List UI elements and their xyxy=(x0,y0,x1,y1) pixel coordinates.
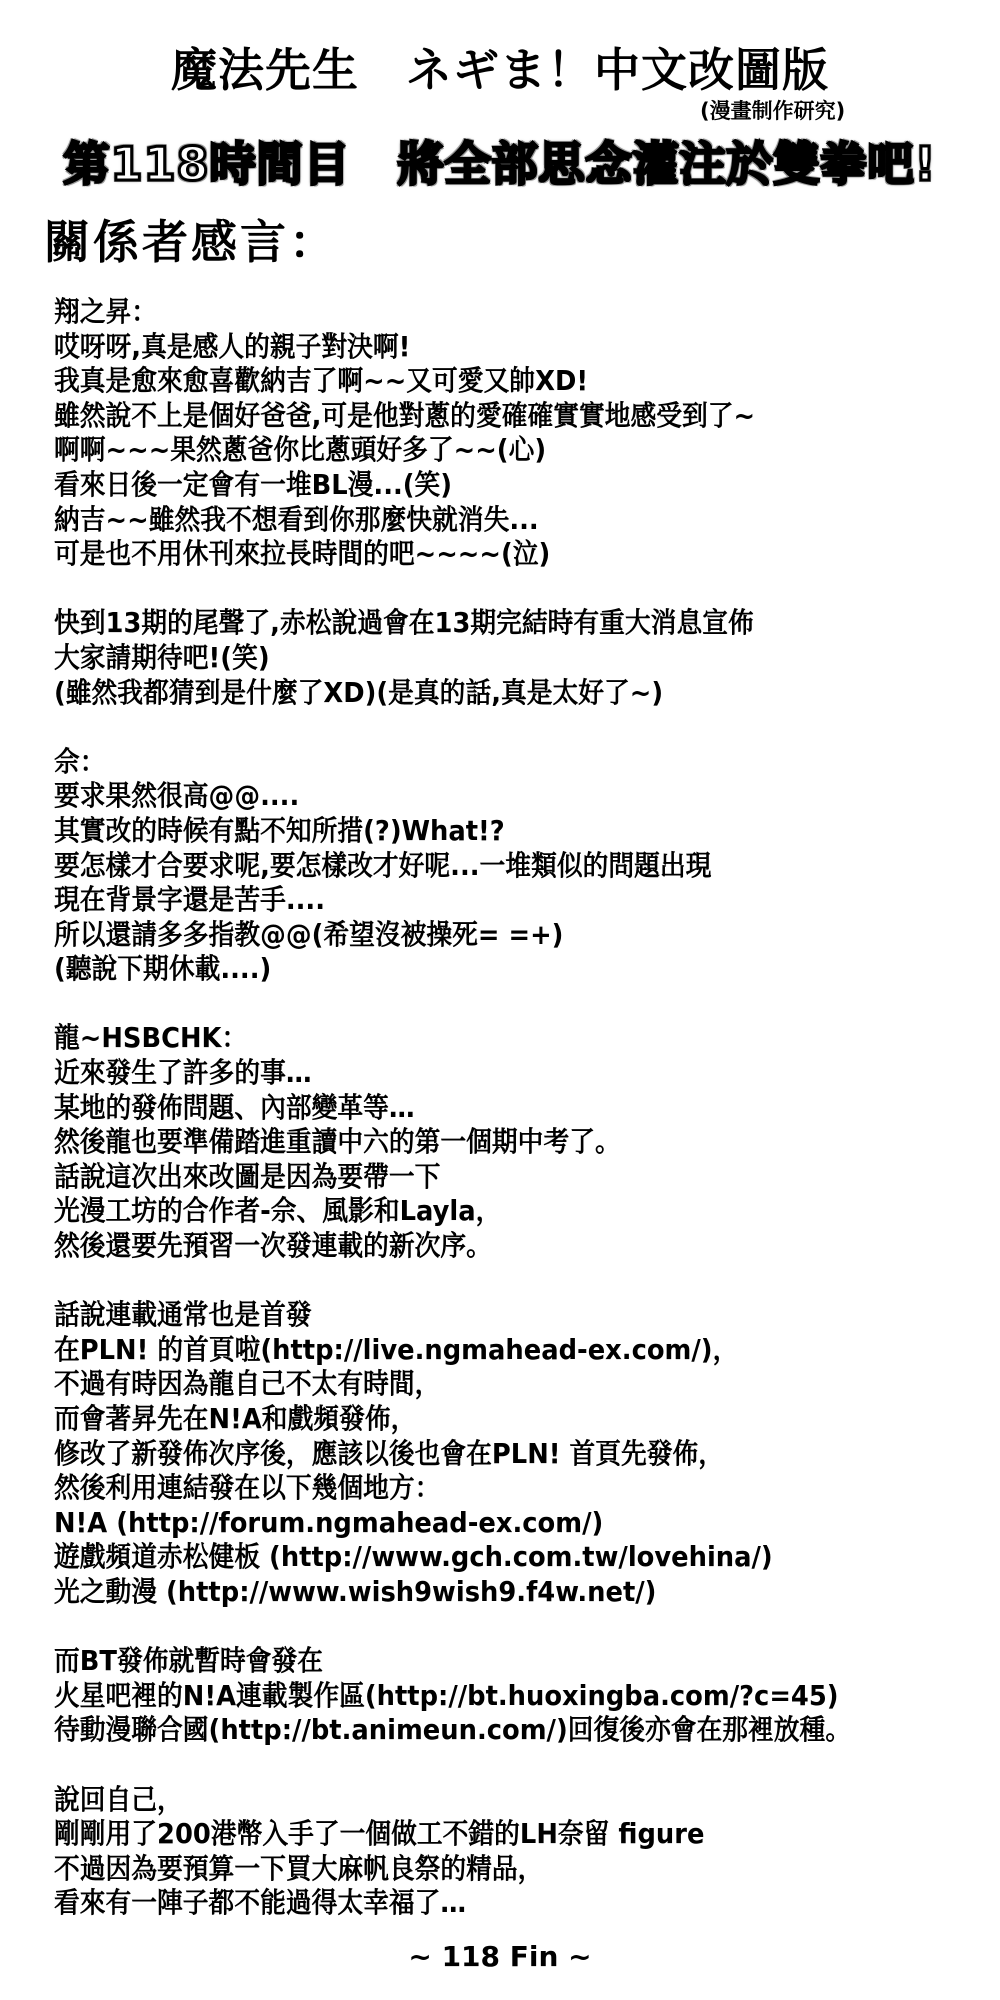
comment-line: (雖然我都猜到是什麼了XD)(是真的話,真是太好了~) xyxy=(54,676,937,711)
comment-line: 而會著昇先在N!A和戲頻發佈， xyxy=(54,1402,937,1437)
spacer xyxy=(54,572,937,607)
page-title: 魔法先生 ネギま！中文改圖版 xyxy=(0,42,1000,98)
comment-line: 遊戲頻道赤松健板 (http://www.gch.com.tw/lovehina… xyxy=(54,1540,937,1575)
comment-line: 雖然說不上是個好爸爸,可是他對蔥的愛確確實實地感受到了~ xyxy=(54,399,937,434)
comment-line: 啊啊~~~果然蔥爸你比蔥頭好多了~~(心) xyxy=(54,433,937,468)
comment-line: 看來有一陣子都不能過得太幸福了… xyxy=(54,1886,937,1921)
comment-line: 現在背景字還是苦手.... xyxy=(54,883,937,918)
comment-line: 不過有時因為龍自己不太有時間， xyxy=(54,1367,937,1402)
comment-line: 所以還請多多指教@@(希望沒被操死= =+) xyxy=(54,918,937,953)
comment-line: 剛剛用了200港幣入手了一個做工不錯的LH奈留 figure xyxy=(54,1817,937,1852)
page-subtitle: (漫畫制作研究) xyxy=(700,98,845,124)
section-heading: 關係者感言： xyxy=(44,214,338,270)
comment-line: 然後龍也要準備踏進重讀中六的第一個期中考了。 xyxy=(54,1125,937,1160)
comment-line: 某地的發佈問題、內部變革等… xyxy=(54,1091,937,1126)
comment-line: 要怎樣才合要求呢,要怎樣改才好呢...一堆類似的問題出現 xyxy=(54,849,937,884)
comment-line: 其實改的時候有點不知所措(?)What!? xyxy=(54,814,937,849)
author-name: 佘： xyxy=(54,745,937,780)
spacer xyxy=(54,1610,937,1645)
comment-line: 哎呀呀,真是感人的親子對決啊! xyxy=(54,330,937,365)
comment-line: 近來發生了許多的事… xyxy=(54,1056,937,1091)
spacer xyxy=(54,1748,937,1783)
comment-line: 快到13期的尾聲了,赤松說過會在13期完結時有重大消息宣佈 xyxy=(54,606,937,641)
comment-line: 待動漫聯合國(http://bt.animeun.com/)回復後亦會在那裡放種… xyxy=(54,1713,937,1748)
spacer xyxy=(54,987,937,1022)
comment-line: 而BT發佈就暫時會發在 xyxy=(54,1644,937,1679)
author-name: 龍~HSBCHK： xyxy=(54,1021,937,1056)
fin-marker: ~ 118 Fin ~ xyxy=(0,1940,1000,1974)
comment-line: 說回自己， xyxy=(54,1783,937,1818)
spacer xyxy=(54,1264,937,1299)
spacer xyxy=(54,710,937,745)
comment-line: 光之動漫 (http://www.wish9wish9.f4w.net/) xyxy=(54,1575,937,1610)
comment-line: N!A (http://forum.ngmahead-ex.com/) xyxy=(54,1506,937,1541)
comment-line: 話說這次出來改圖是因為要帶一下 xyxy=(54,1160,937,1195)
comment-line: 不過因為要預算一下買大麻帆良祭的精品， xyxy=(54,1852,937,1887)
comment-line: 話說連載通常也是首發 xyxy=(54,1298,937,1333)
comment-line: 修改了新發佈次序後，應該以後也會在PLN! 首頁先發佈， xyxy=(54,1437,937,1472)
comments-body: 翔之昇： 哎呀呀,真是感人的親子對決啊! 我真是愈來愈喜歡納吉了啊~~又可愛又帥… xyxy=(54,295,937,1921)
comment-line: 然後還要先預習一次發連載的新次序。 xyxy=(54,1229,937,1264)
comment-line: 光漫工坊的合作者-佘、風影和Layla， xyxy=(54,1194,937,1229)
comment-line: 可是也不用休刊來拉長時間的吧~~~~(泣) xyxy=(54,537,937,572)
author-name: 翔之昇： xyxy=(54,295,937,330)
comment-line: 大家請期待吧!(笑) xyxy=(54,641,937,676)
comment-line: 火星吧裡的N!A連載製作區(http://bt.huoxingba.com/?c… xyxy=(54,1679,937,1714)
comment-line: 納吉~~雖然我不想看到你那麼快就消失... xyxy=(54,503,937,538)
comment-line: 然後利用連結發在以下幾個地方： xyxy=(54,1471,937,1506)
comment-line: 在PLN! 的首頁啦(http://live.ngmahead-ex.com/)… xyxy=(54,1333,937,1368)
comment-line: 我真是愈來愈喜歡納吉了啊~~又可愛又帥XD! xyxy=(54,364,937,399)
comment-line: 要求果然很高@@.... xyxy=(54,779,937,814)
chapter-title: 第118時間目 將全部思念灌注於雙拳吧! xyxy=(0,134,1000,194)
comment-line: 看來日後一定會有一堆BL漫...(笑) xyxy=(54,468,937,503)
comment-line: (聽說下期休載....) xyxy=(54,952,937,987)
